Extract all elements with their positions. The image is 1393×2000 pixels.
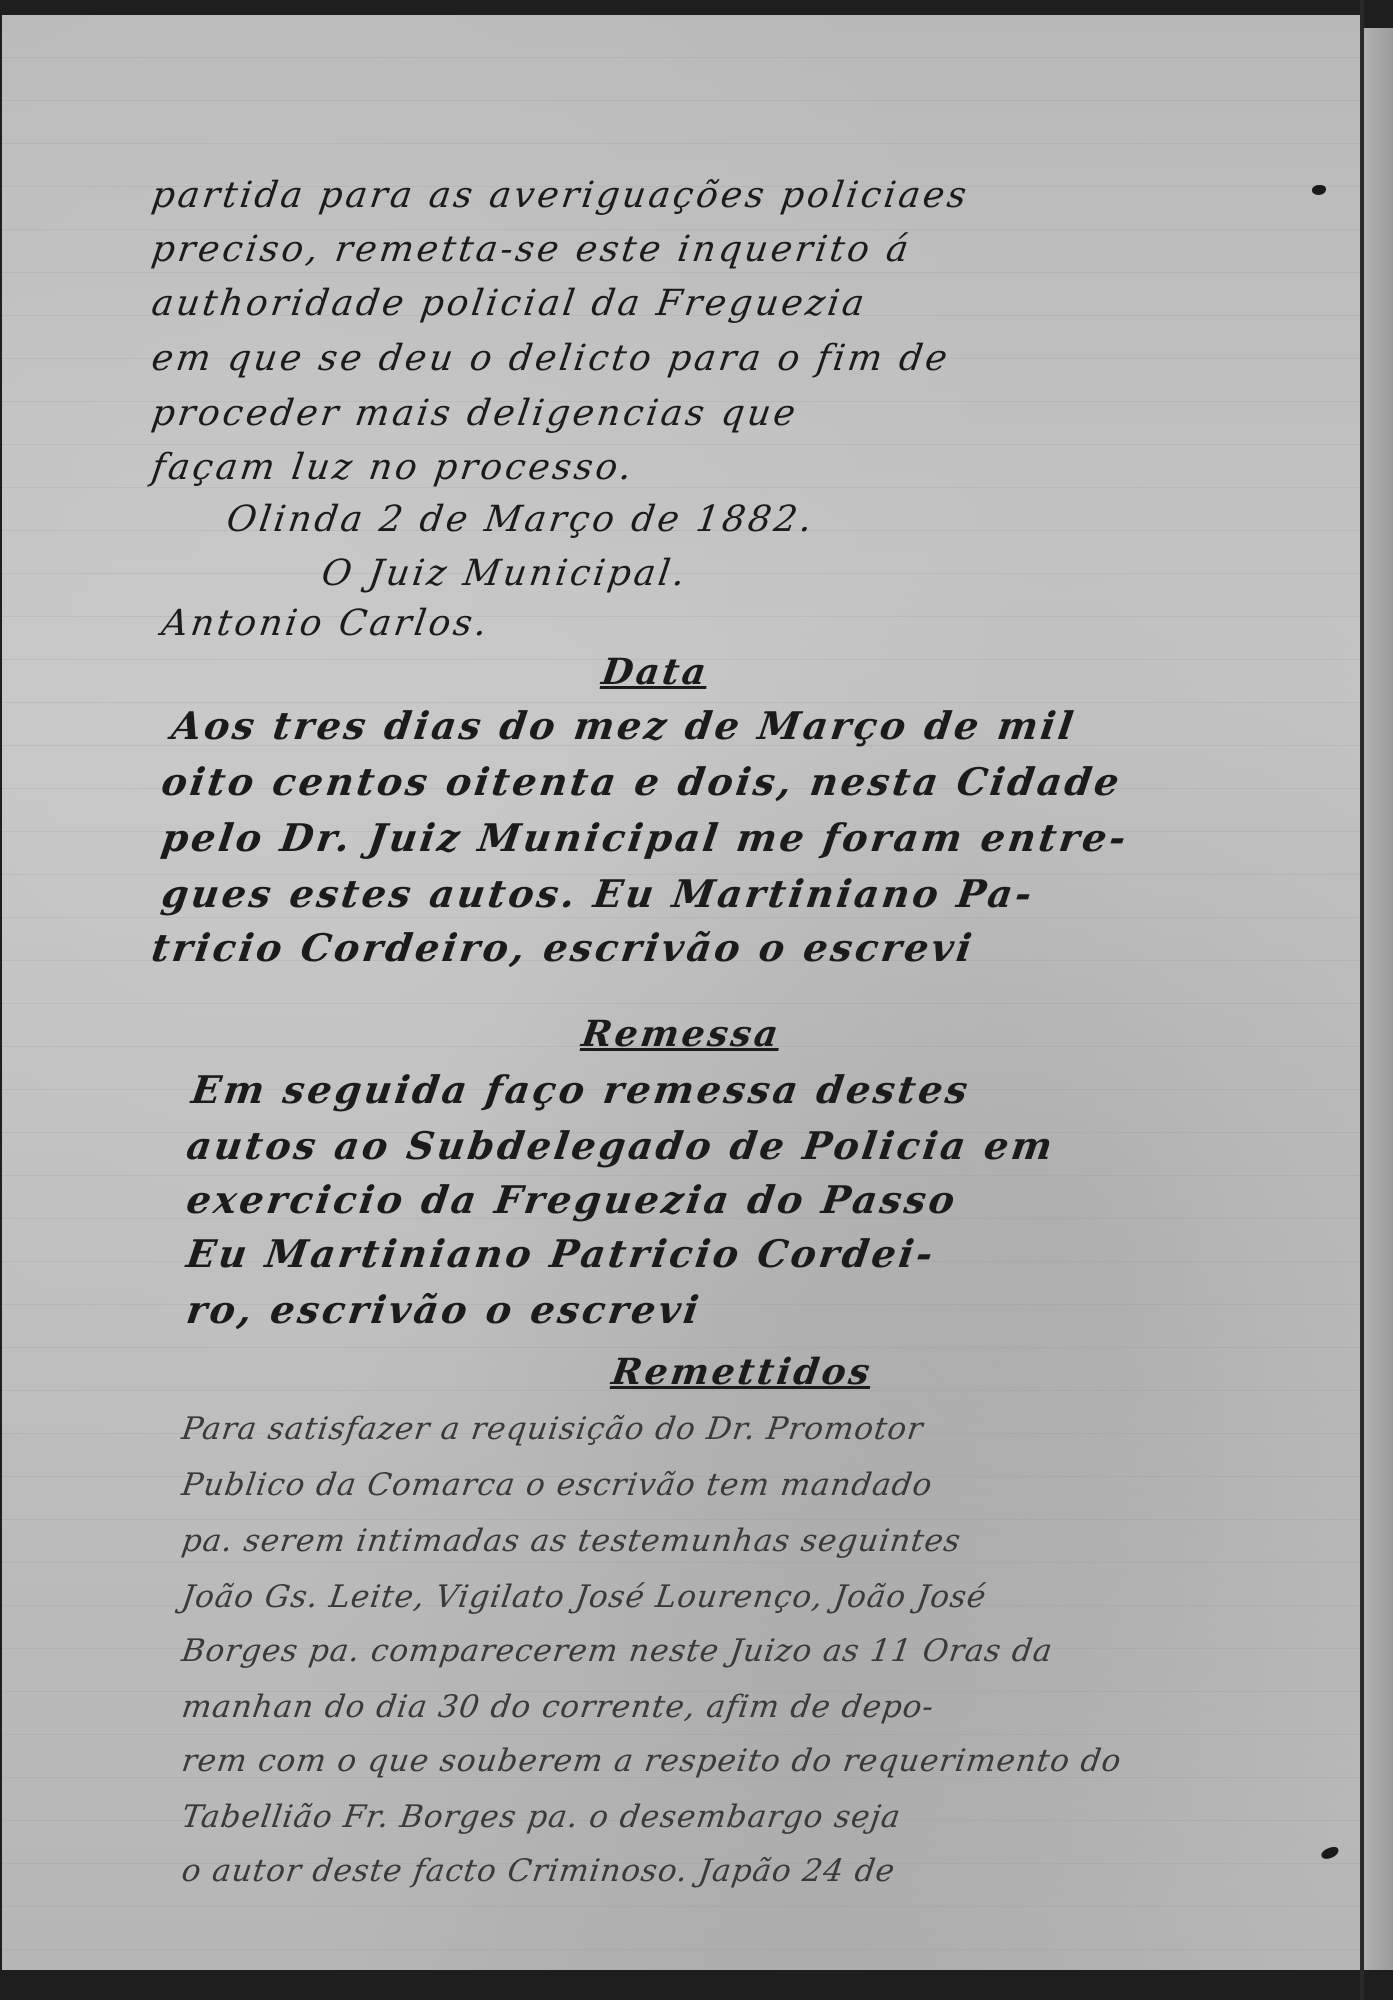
remettidos-heading: Remettidos bbox=[609, 1351, 875, 1393]
data-line-3: pelo Dr. Juiz Municipal me foram entre- bbox=[159, 815, 1132, 860]
manuscript-page: partida para as averiguações policiaes p… bbox=[2, 15, 1360, 1970]
judge-signature: Antonio Carlos. bbox=[159, 603, 492, 644]
data-heading: Data bbox=[599, 651, 711, 693]
remettidos-line-6: manhan do dia 30 do corrente, afim de de… bbox=[179, 1689, 936, 1725]
data-line-1: Aos tres dias do mez de Março de mil bbox=[169, 703, 1079, 748]
adjacent-page-edge bbox=[1364, 28, 1393, 1970]
remessa-line-2: autos ao Subdelegado de Policia em bbox=[184, 1123, 1058, 1168]
despacho-line-5: proceder mais deligencias que bbox=[149, 393, 801, 434]
despacho-line-2: preciso, remetta-se este inquerito á bbox=[149, 229, 914, 270]
remettidos-line-3: pa. serem intimadas as testemunhas segui… bbox=[179, 1523, 963, 1559]
remessa-line-1: Em seguida faço remessa destes bbox=[189, 1067, 974, 1112]
remettidos-line-2: Publico da Comarca o escrivão tem mandad… bbox=[179, 1467, 935, 1503]
remessa-line-4: Eu Martiniano Patricio Cordei- bbox=[184, 1231, 939, 1276]
despacho-line-3: authoridade policial da Freguezia bbox=[149, 283, 870, 324]
remettidos-line-7: rem com o que souberem a respeito do req… bbox=[179, 1743, 1124, 1779]
data-line-2: oito centos oitenta e dois, nesta Cidade bbox=[159, 759, 1125, 804]
remettidos-line-8: Tabellião Fr. Borges pa. o desembargo se… bbox=[179, 1799, 903, 1835]
data-line-4: gues estes autos. Eu Martiniano Pa- bbox=[159, 871, 1038, 916]
remettidos-line-4: João Gs. Leite, Vigilato José Lourenço, … bbox=[179, 1579, 988, 1615]
judge-title: O Juiz Municipal. bbox=[319, 553, 690, 594]
remessa-heading: Remessa bbox=[579, 1013, 784, 1055]
despacho-line-6: façam luz no processo. bbox=[149, 447, 637, 488]
data-line-5: tricio Cordeiro, escrivão o escrevi bbox=[149, 925, 978, 970]
remessa-line-3: exercicio da Freguezia do Passo bbox=[184, 1177, 961, 1222]
despacho-line-1: partida para as averiguações policiaes bbox=[149, 175, 972, 216]
place-date: Olinda 2 de Março de 1882. bbox=[224, 499, 817, 540]
remettidos-line-5: Borges pa. comparecerem neste Juizo as 1… bbox=[179, 1633, 1055, 1669]
despacho-line-4: em que se deu o delicto para o fim de bbox=[149, 338, 953, 379]
remettidos-line-9: o autor deste facto Criminoso. Japão 24 … bbox=[179, 1853, 897, 1889]
remettidos-line-1: Para satisfazer a requisição do Dr. Prom… bbox=[179, 1411, 925, 1447]
remessa-line-5: ro, escrivão o escrevi bbox=[184, 1287, 705, 1332]
